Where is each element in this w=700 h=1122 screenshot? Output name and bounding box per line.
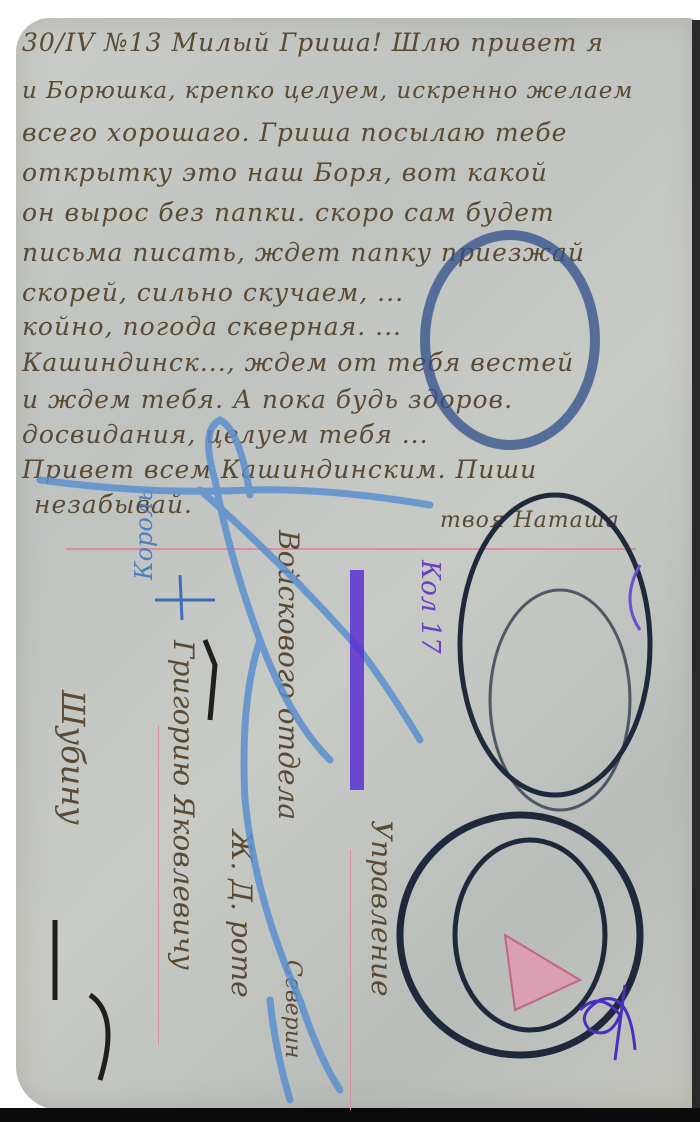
violet-bar-mark <box>350 570 364 790</box>
middle-black-postmark-icon <box>460 495 650 810</box>
annotations-layer <box>0 0 700 1122</box>
pink-triangle-stamp-icon <box>505 935 580 1010</box>
ink-strokes-icon <box>55 640 215 1080</box>
plus-mark-icon <box>155 575 215 620</box>
blue-pencil-scribble-icon <box>40 420 430 1100</box>
lower-black-postmark-icon <box>400 815 640 1055</box>
upper-blue-postmark-icon <box>425 235 595 445</box>
